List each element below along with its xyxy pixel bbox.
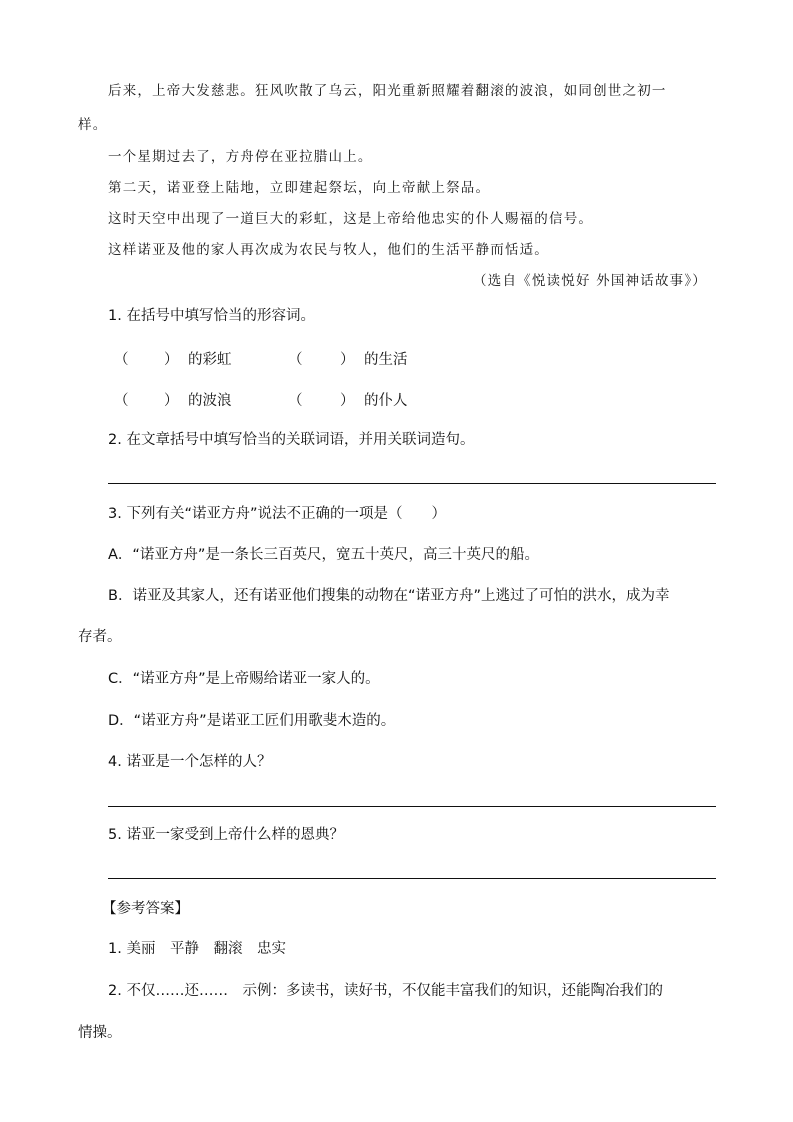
open-paren: （ — [288, 389, 303, 410]
close-paren: ） — [164, 348, 179, 369]
answer-2: 2. 不仅……还…… 示例：多读书，读好书，不仅能丰富我们的知识，还能陶冶我们的 — [108, 982, 663, 1000]
story-paragraph: 后来，上帝大发慈悲。狂风吹散了乌云，阳光重新照耀着翻滚的波浪，如同创世之初一 — [108, 82, 667, 100]
blank-target-word: 的彩虹 — [188, 348, 232, 369]
question-4-answer-line[interactable] — [108, 806, 716, 807]
open-paren: （ — [288, 348, 303, 369]
close-paren: ） — [340, 348, 355, 369]
question-1-blank-row: （ ） 的波浪 （ ） 的仆人 — [108, 389, 708, 409]
blank-target-word: 的生活 — [364, 348, 408, 369]
question-3-option-a: A．“诺亚方舟”是一条长三百英尺，宽五十英尺，高三十英尺的船。 — [108, 546, 539, 564]
question-3-option-b-continuation: 存者。 — [78, 628, 122, 646]
answers-heading: 【参考答案】 — [102, 900, 189, 918]
blank-target-word: 的波浪 — [188, 389, 232, 410]
question-1-prompt: 1. 在括号中填写恰当的形容词。 — [108, 307, 315, 325]
close-paren: ） — [164, 389, 179, 410]
story-paragraph: 这样诺亚及他的家人再次成为农民与牧人，他们的生活平静而恬适。 — [108, 241, 549, 259]
question-2-answer-line[interactable] — [108, 483, 716, 484]
question-3-option-c: C．“诺亚方舟”是上帝赐给诺亚一家人的。 — [108, 670, 380, 688]
story-source: （选自《悦读悦好 外国神话故事》） — [473, 272, 707, 290]
story-paragraph: 这时天空中出现了一道巨大的彩虹，这是上帝给他忠实的仆人赐福的信号。 — [108, 210, 593, 228]
answer-1: 1. 美丽 平静 翻滚 忠实 — [108, 940, 286, 958]
open-paren: （ — [114, 389, 129, 410]
question-5-answer-line[interactable] — [108, 878, 716, 879]
question-3-option-b: B．诺亚及其家人，还有诺亚他们搜集的动物在“诺亚方舟”上逃过了可怕的洪水，成为幸 — [108, 587, 669, 605]
story-paragraph-continuation: 样。 — [78, 116, 107, 134]
blank-target-word: 的仆人 — [364, 389, 408, 410]
open-paren: （ — [114, 348, 129, 369]
story-paragraph: 一个星期过去了，方舟停在亚拉腊山上。 — [108, 148, 373, 166]
question-2-prompt: 2. 在文章括号中填写恰当的关联词语，并用关联词造句。 — [108, 431, 474, 449]
question-3-option-d: D．“诺亚方舟”是诺亚工匠们用歌斐木造的。 — [108, 712, 395, 730]
story-paragraph: 第二天，诺亚登上陆地，立即建起祭坛，向上帝献上祭品。 — [108, 179, 490, 197]
question-4-prompt: 4. 诺亚是一个怎样的人？ — [108, 753, 271, 771]
answer-2-continuation: 情操。 — [78, 1024, 122, 1042]
question-3-prompt: 3. 下列有关“诺亚方舟”说法不正确的一项是（ ） — [108, 505, 446, 523]
question-5-prompt: 5. 诺亚一家受到上帝什么样的恩典？ — [108, 826, 344, 844]
question-1-blank-row: （ ） 的彩虹 （ ） 的生活 — [108, 348, 708, 368]
close-paren: ） — [340, 389, 355, 410]
